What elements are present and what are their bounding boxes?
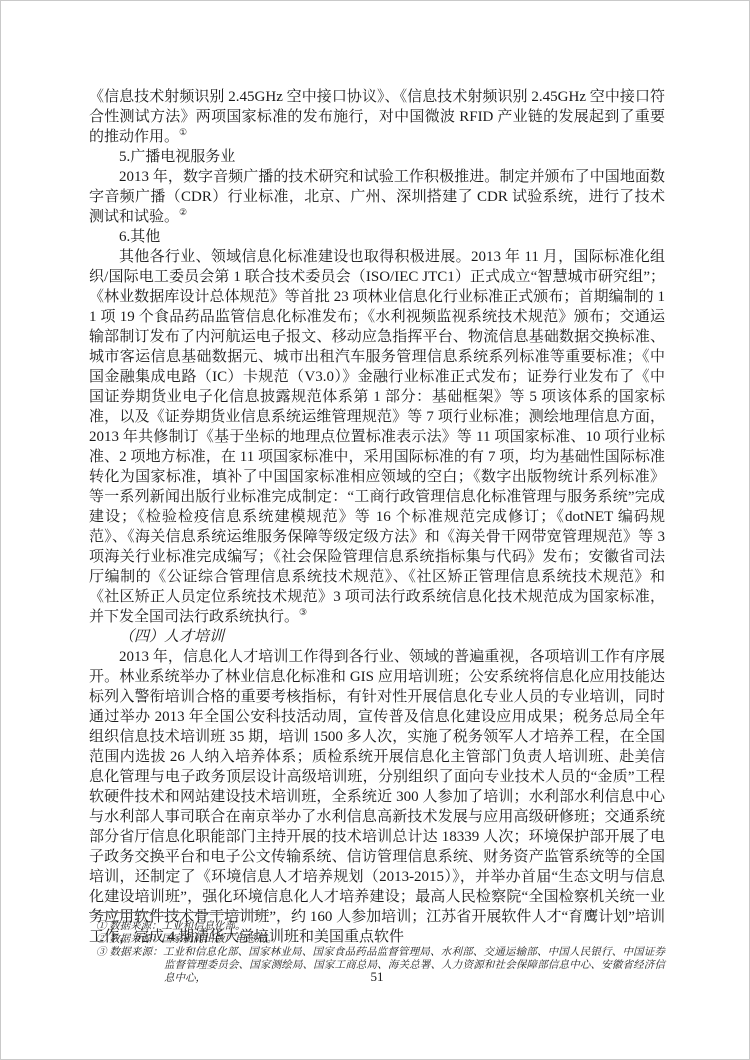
paragraph-rfid-standards: 《信息技术射频识别 2.45GHz 空中接口协议》、《信息技术射频识别 2.45… xyxy=(89,87,665,147)
footnote-label: 数据来源： xyxy=(109,921,162,932)
paragraph-broadcast-tv: 2013 年，数字音频广播的技术研究和试验工作积极推进。制定并颁布了中国地面数字… xyxy=(89,167,665,227)
footnote-marker: ② xyxy=(96,934,109,945)
paragraph-text: 《信息技术射频识别 2.45GHz 空中接口协议》、《信息技术射频识别 2.45… xyxy=(89,89,665,145)
heading-text: （四）人才培训 xyxy=(119,629,224,645)
footnote-marker: ① xyxy=(96,921,109,932)
heading-text: 5.广播电视服务业 xyxy=(119,149,235,165)
page-number: 51 xyxy=(89,969,665,985)
page-body: 《信息技术射频识别 2.45GHz 空中接口协议》、《信息技术射频识别 2.45… xyxy=(89,87,665,947)
footnote-ref-1: ① xyxy=(179,127,187,137)
footnote-2: ② 数据来源：国家新闻出版广电总局。 xyxy=(89,933,665,946)
heading-talent-training: （四）人才培训 xyxy=(89,627,665,647)
footnote-marker: ③ xyxy=(96,947,110,958)
paragraph-text: 2013 年，数字音频广播的技术研究和试验工作积极推进。制定并颁布了中国地面数字… xyxy=(89,169,665,225)
footnote-text: 国家新闻出版广电总局。 xyxy=(162,934,278,945)
heading-other: 6.其他 xyxy=(89,227,665,247)
footnote-ref-2: ② xyxy=(179,207,187,217)
paragraph-other-standards: 其他各行业、领域信息化标准建设也取得积极进展。2013 年 11 月，国际标准化… xyxy=(89,247,665,627)
heading-text: 6.其他 xyxy=(119,229,160,245)
footnote-text: 工业和信息化部。 xyxy=(162,921,246,932)
paragraph-talent-training: 2013 年，信息化人才培训工作得到各行业、领域的普遍重视，各项培训工作有序展开… xyxy=(89,647,665,947)
footnote-label: 数据来源： xyxy=(109,934,162,945)
document-page: 《信息技术射频识别 2.45GHz 空中接口协议》、《信息技术射频识别 2.45… xyxy=(0,0,750,1060)
heading-broadcast-tv-services: 5.广播电视服务业 xyxy=(89,147,665,167)
footnote-separator xyxy=(89,912,269,913)
paragraph-text: 其他各行业、领域信息化标准建设也取得积极进展。2013 年 11 月，国际标准化… xyxy=(89,249,665,625)
footnote-label: 数据来源： xyxy=(110,947,163,958)
footnote-1: ① 数据来源：工业和信息化部。 xyxy=(89,920,665,933)
footnote-ref-3: ③ xyxy=(299,607,307,617)
paragraph-text: 2013 年，信息化人才培训工作得到各行业、领域的普遍重视，各项培训工作有序展开… xyxy=(89,649,665,945)
